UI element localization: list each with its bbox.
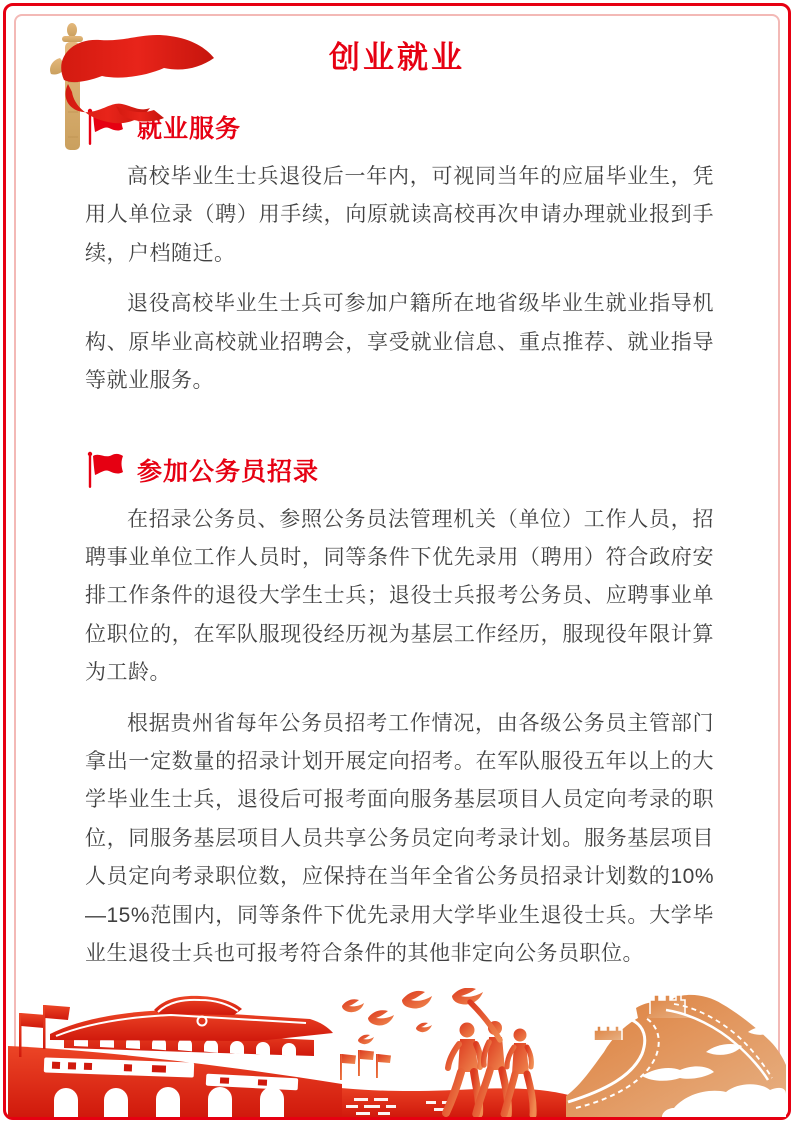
page: { "page": { "title": "创业就业" }, "sections… xyxy=(0,0,794,1123)
paragraph: 在招录公务员、参照公务员法管理机关（单位）工作人员，招聘事业单位工作人员时，同等… xyxy=(85,501,714,693)
section-heading-label: 参加公务员招录 xyxy=(137,452,319,488)
paragraph: 高校毕业生士兵退役后一年内，可视同当年的应届毕业生，凭用人单位录（聘）用手续，向… xyxy=(85,158,714,273)
section-heading: 参加公务员招录 xyxy=(85,451,714,489)
patriotic-silhouette-icon xyxy=(6,988,788,1117)
huabiao-ribbon-emblem xyxy=(24,22,224,154)
huabiao-ribbon-icon xyxy=(24,22,224,154)
red-flag-icon xyxy=(85,451,125,489)
content-area: 就业服务 高校毕业生士兵退役后一年内，可视同当年的应届毕业生，凭用人单位录（聘）… xyxy=(85,66,714,974)
footer-artwork xyxy=(6,988,788,1117)
paragraph: 退役高校毕业生士兵可参加户籍所在地省级毕业生就业指导机构、原毕业高校就业招聘会，… xyxy=(85,285,714,400)
paragraph: 根据贵州省每年公务员招考工作情况，由各级公务员主管部门拿出一定数量的招录计划开展… xyxy=(85,705,714,974)
section-civil-servant-recruitment: 参加公务员招录 在招录公务员、参照公务员法管理机关（单位）工作人员，招聘事业单位… xyxy=(85,451,714,974)
